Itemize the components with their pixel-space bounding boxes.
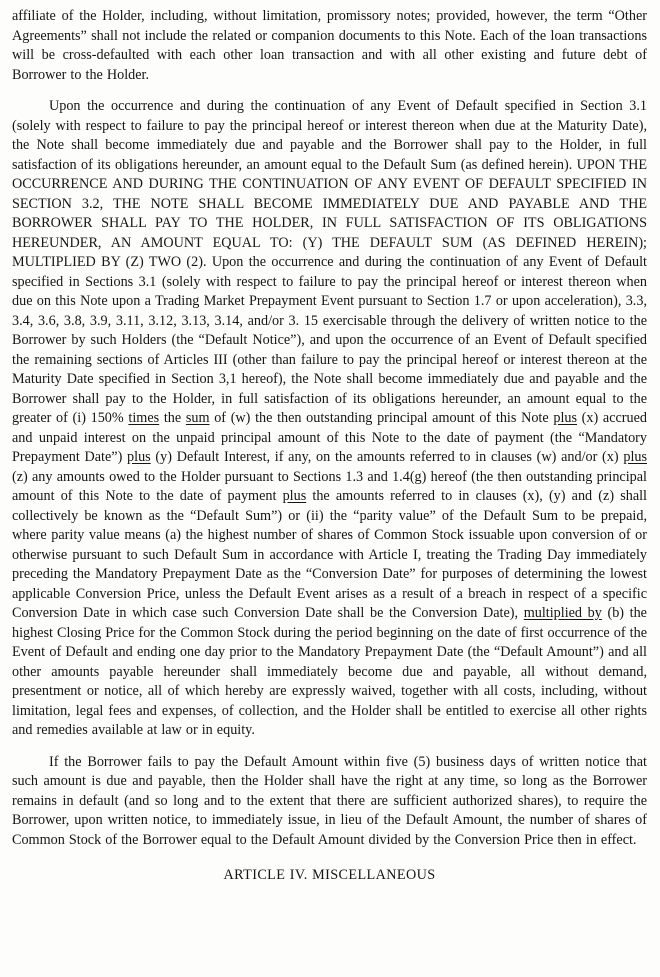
underlined-term: sum: [186, 410, 210, 426]
article-iv-heading: ARTICLE IV. MISCELLANEOUS: [12, 866, 647, 886]
underlined-term: multiplied by: [524, 605, 602, 621]
text-run: the amounts referred to in clauses (x), …: [12, 488, 647, 621]
text-run: affiliate of the Holder, including, with…: [12, 8, 647, 83]
text-run: Upon the occurrence and during the conti…: [12, 98, 647, 426]
text-run: If the Borrower fails to pay the Default…: [12, 754, 647, 848]
underlined-term: times: [128, 410, 159, 426]
underlined-term: plus: [127, 449, 151, 465]
text-run: (b) the highest Closing Price for the Co…: [12, 605, 647, 738]
underlined-term: plus: [623, 449, 647, 465]
document-page: affiliate of the Holder, including, with…: [0, 0, 660, 977]
paragraph-failure-to-pay: If the Borrower fails to pay the Default…: [12, 753, 647, 851]
paragraph-other-agreements: affiliate of the Holder, including, with…: [12, 7, 647, 85]
text-run: of (w) the then outstanding principal am…: [210, 410, 554, 426]
underlined-term: plus: [553, 410, 577, 426]
text-run: the: [159, 410, 186, 426]
underlined-term: plus: [283, 488, 307, 504]
text-run: (y) Default Interest, if any, on the amo…: [151, 449, 624, 465]
paragraph-event-of-default: Upon the occurrence and during the conti…: [12, 97, 647, 741]
